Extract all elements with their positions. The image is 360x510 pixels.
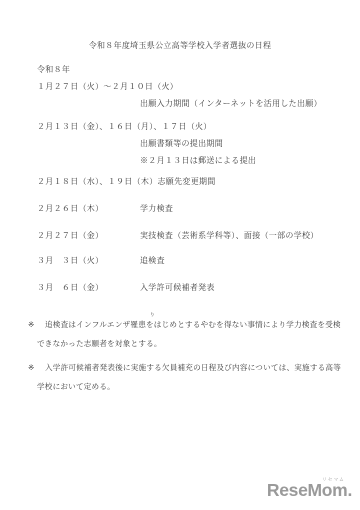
note-line: ※入学許可候補者発表後に実施する欠員補充の日程及び内容については、実施する高等 [28, 359, 350, 378]
schedule-date: １月２７日（火）～２月１０日（火） [37, 78, 356, 95]
note-marker: ※ [28, 359, 45, 378]
schedule-list: １月２７日（火）～２月１０日（火）出願入力期間（インターネットを活用した出願）２… [37, 78, 356, 296]
resemom-logo: ReseMom. リセマム [267, 481, 352, 499]
schedule-line: ２月１８日（水）、１９日（木）志願先変更期間 [37, 173, 356, 190]
note-line: ※追検査はインフルエンザ罹患をはじめとするやむを得ない事情により学力検査を受検り [28, 316, 350, 335]
note-line: 学校において定める。 [28, 378, 350, 397]
era-heading: 令和８年 [37, 61, 356, 78]
schedule-event: 入学許可候補者発表 [140, 279, 215, 296]
notes: ※追検査はインフルエンザ罹患をはじめとするやむを得ない事情により学力検査を受検り… [28, 316, 350, 396]
schedule-date: ２月１８日（水）、１９日（木） [37, 177, 158, 186]
schedule-date: ３月 ６日（金） [37, 279, 140, 296]
document-page: 令和８年度埼玉県公立高等学校入学者選抜の日程 令和８年 １月２７日（火）～２月１… [0, 0, 360, 510]
schedule-date: ２月２６日（木） [37, 200, 140, 217]
resemom-logo-period: . [347, 480, 352, 500]
page-title: 令和８年度埼玉県公立高等学校入学者選抜の日程 [0, 40, 360, 52]
schedule-section: 令和８年 １月２７日（火）～２月１０日（火）出願入力期間（インターネットを活用し… [37, 61, 356, 296]
schedule-event: 出願入力期間（インターネットを活用した出願） [37, 95, 356, 112]
schedule-row: １月２７日（火）～２月１０日（火）出願入力期間（インターネットを活用した出願） [37, 78, 356, 112]
schedule-row: ２月２６日（木）学力検査 [37, 200, 356, 217]
schedule-row: ３月 ３日（火）追検査 [37, 252, 356, 269]
schedule-line: ２月２６日（木）学力検査 [37, 200, 356, 217]
schedule-event: 実技検査（芸術系学科等）、面接（一部の学校） [140, 227, 319, 244]
resemom-logo-ruby: リセマム [322, 477, 345, 482]
schedule-line: ３月 ６日（金）入学許可候補者発表 [37, 279, 356, 296]
schedule-event: 志願先変更期間 [158, 177, 216, 186]
schedule-row: ２月１３日（金）、１６日（月）、１７日（火）出願書類等の提出期間※２月１３日は郵… [37, 118, 356, 169]
note-text: 追検査はインフルエンザ罹患をはじめとするやむを得ない事情により学力検査を受検 [45, 320, 341, 329]
schedule-event: ※２月１３日は郵送による提出 [37, 152, 356, 169]
note-text: 入学許可候補者発表後に実施する欠員補充の日程及び内容については、実施する高等 [45, 363, 341, 372]
schedule-line: ２月２７日（金）実技検査（芸術系学科等）、面接（一部の学校） [37, 227, 356, 244]
schedule-date: ２月１３日（金）、１６日（月）、１７日（火） [37, 118, 356, 135]
schedule-date: ２月２７日（金） [37, 227, 140, 244]
note-line: できなかった志願者を対象とする。 [28, 335, 350, 354]
schedule-event: 出願書類等の提出期間 [37, 135, 356, 152]
schedule-line: ３月 ３日（火）追検査 [37, 252, 356, 269]
schedule-row: ２月１８日（水）、１９日（木）志願先変更期間 [37, 173, 356, 190]
schedule-row: ３月 ６日（金）入学許可候補者発表 [37, 279, 356, 296]
schedule-event: 追検査 [140, 252, 165, 269]
schedule-date: ３月 ３日（火） [37, 252, 140, 269]
resemom-logo-text: ReseMom [267, 480, 348, 500]
note: ※入学許可候補者発表後に実施する欠員補充の日程及び内容については、実施する高等学… [28, 359, 350, 396]
schedule-row: ２月２７日（金）実技検査（芸術系学科等）、面接（一部の学校） [37, 227, 356, 244]
note: ※追検査はインフルエンザ罹患をはじめとするやむを得ない事情により学力検査を受検り… [28, 316, 350, 353]
resemom-watermark: ReseMom. リセマム [267, 481, 352, 499]
furigana: り [150, 312, 155, 318]
note-marker: ※ [28, 316, 45, 335]
schedule-event: 学力検査 [140, 200, 173, 217]
